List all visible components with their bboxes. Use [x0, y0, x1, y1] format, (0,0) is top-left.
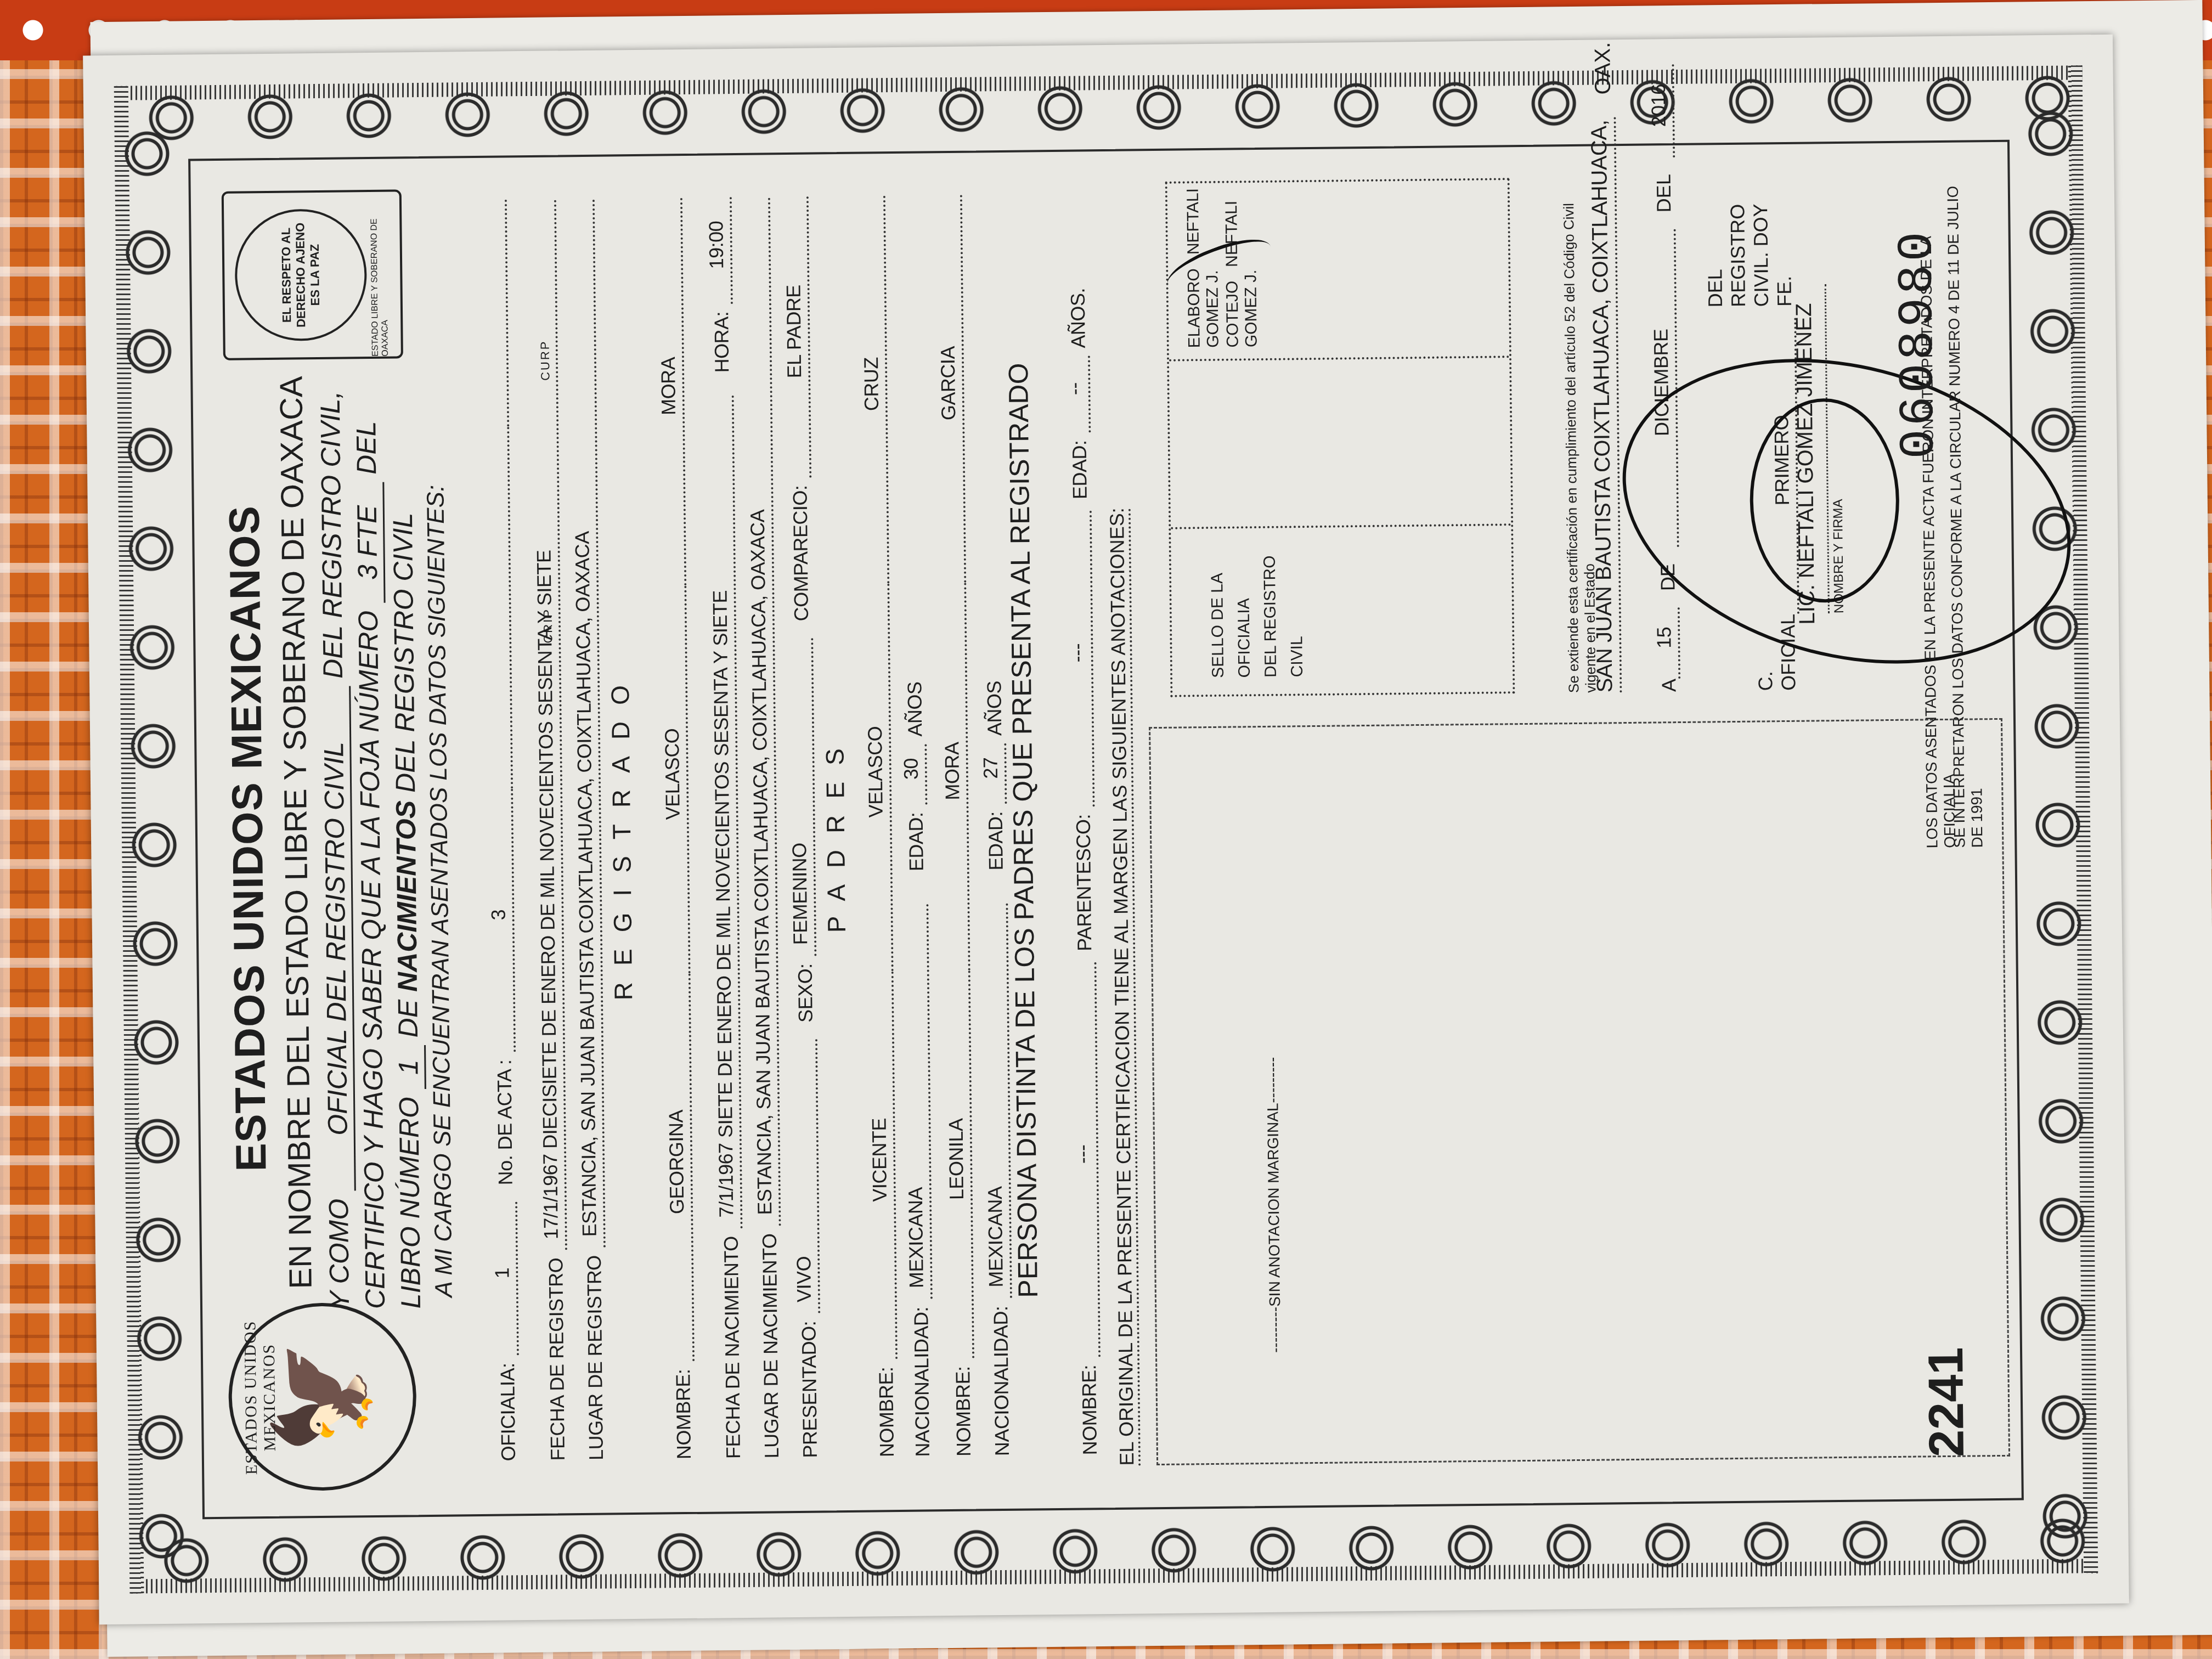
registrado-apellido-paterno: VELASCO	[659, 585, 690, 974]
document-subtitle: EN NOMBRE DEL ESTADO LIBRE Y SOBERANO DE…	[273, 366, 319, 1299]
registrado-heading: REGISTRADO	[600, 176, 643, 1493]
sello-oficialia-cell: SELLO DE LA OFICIALIA DEL REGISTRO CIVIL	[1171, 523, 1513, 695]
sin-anotacion-text: ---------SIN ANOTACION MARGINAL---------	[1263, 1057, 1284, 1353]
state-seal-band: ESTADO LIBRE Y SOBERANO DE OAXACA	[369, 192, 391, 357]
persona-nombre: ---	[1069, 962, 1101, 1357]
row-oficialia: OFICIALIA: 1 No. DE ACTA : 3 CRIP CURP	[469, 199, 520, 1462]
madre-nombre: LEONILA	[943, 970, 974, 1359]
row-persona-distinta: NOMBRE: --- PARENTESCO: --- EDAD: -- AÑO…	[1050, 193, 1102, 1455]
persona-parentesco: ---	[1064, 510, 1095, 806]
certificacion-estado: OAX.	[1590, 42, 1616, 95]
sello-stamp-area	[1169, 356, 1511, 527]
elaboro-cotejo-cell: ELABORO NEFTALI GOMEZ J. COTEJO NEFTALI …	[1167, 180, 1509, 359]
oaxaca-state-seal-icon: EL RESPETO AL DERECHO AJENO ES LA PAZ ES…	[222, 189, 403, 360]
national-coat-of-arms-icon: ESTADOS UNIDOS MEXICANOS 🦅	[228, 1302, 417, 1492]
certificate-content: ESTADOS UNIDOS MEXICANOS 🦅 ESTADOS UNIDO…	[211, 162, 2002, 1497]
lugar-registro-value: ESTANCIA, SAN JUAN BAUTISTA COIXTLAHUACA…	[567, 199, 606, 1248]
madre-apellido-paterno: MORA	[939, 583, 970, 971]
crip-field: CRIP	[505, 426, 513, 788]
madre-apellido-materno: GARCIA	[935, 195, 966, 583]
presentado-value: VIVO	[790, 1039, 820, 1313]
anotaciones-heading: EL ORIGINAL DE LA PRESENTE CERTIFICACION…	[1105, 507, 1141, 1466]
header-line-2: CERTIFICO Y HAGO SABER QUE A LA FOJA NÚM…	[350, 421, 393, 1309]
hora-value: 19:00	[704, 197, 733, 304]
state-seal-motto: EL RESPETO AL DERECHO AJENO ES LA PAZ	[234, 208, 368, 342]
row-registrado-nombre: NOMBRE: GEORGINA VELASCO MORA	[644, 198, 696, 1460]
registrado-nombre: GEORGINA	[663, 973, 695, 1362]
curp-field: CURP	[503, 199, 509, 426]
anotaciones-box: ---------SIN ANOTACION MARGINAL---------	[1149, 718, 2010, 1465]
sello-box: SELLO DE LA OFICIALIA DEL REGISTRO CIVIL…	[1165, 178, 1515, 697]
header-line-4: A MI CARGO SE ENCUENTRAN ASENTADOS LOS D…	[422, 485, 458, 1297]
oficialia-value: 1	[490, 1201, 519, 1356]
certificacion-lugar: SAN JUAN BAUTISTA COIXTLAHUACA, COIXTLAH…	[1587, 116, 1622, 692]
sello-label: SELLO DE LA OFICIALIA DEL REGISTRO CIVIL	[1204, 528, 1311, 678]
comparecio-value: EL PADRE	[781, 196, 811, 478]
madre-edad: 27	[979, 743, 1007, 804]
libro-number: 1	[392, 1045, 426, 1090]
national-seal-ring-text: ESTADOS UNIDOS MEXICANOS	[241, 1307, 280, 1488]
libro-type: NACIMIENTOS	[390, 800, 423, 992]
padre-edad: 30	[899, 744, 927, 805]
madre-nacionalidad: MEXICANA	[980, 903, 1012, 1298]
no-acta-value: 3	[486, 788, 516, 1052]
folio-number: 0608980	[1890, 228, 1948, 459]
certificacion-dia: 15	[1652, 607, 1680, 679]
certificacion-lugar-row: SAN JUAN BAUTISTA COIXTLAHUACA, COIXTLAH…	[1588, 199, 1622, 693]
sexo-value: FEMENINO	[786, 637, 816, 956]
birth-certificate: ESTADOS UNIDOS MEXICANOS 🦅 ESTADOS UNIDO…	[83, 35, 2129, 1625]
eagle-icon: 🦅	[275, 1338, 370, 1455]
padre-nacionalidad: MEXICANA	[901, 904, 933, 1299]
registrado-apellido-materno: MORA	[655, 198, 686, 586]
document-title: ESTADOS UNIDOS MEXICANOS	[218, 388, 278, 1289]
footer-line-2: SE INTERPRETARON LOS DATOS CONFORME A LA…	[1944, 162, 1986, 848]
certificacion-anio: 2016	[1646, 64, 1675, 158]
header-line-3: LIBRO NÚMERO 1 DE NACIMIENTOS DEL REGIST…	[387, 512, 428, 1308]
persona-edad: --	[1063, 356, 1091, 433]
control-number: 2241	[1918, 1347, 1976, 1457]
foja-number: 3 FTE	[351, 482, 385, 603]
oficial-title: OFICIAL DEL REGISTRO CIVIL	[317, 686, 356, 1192]
